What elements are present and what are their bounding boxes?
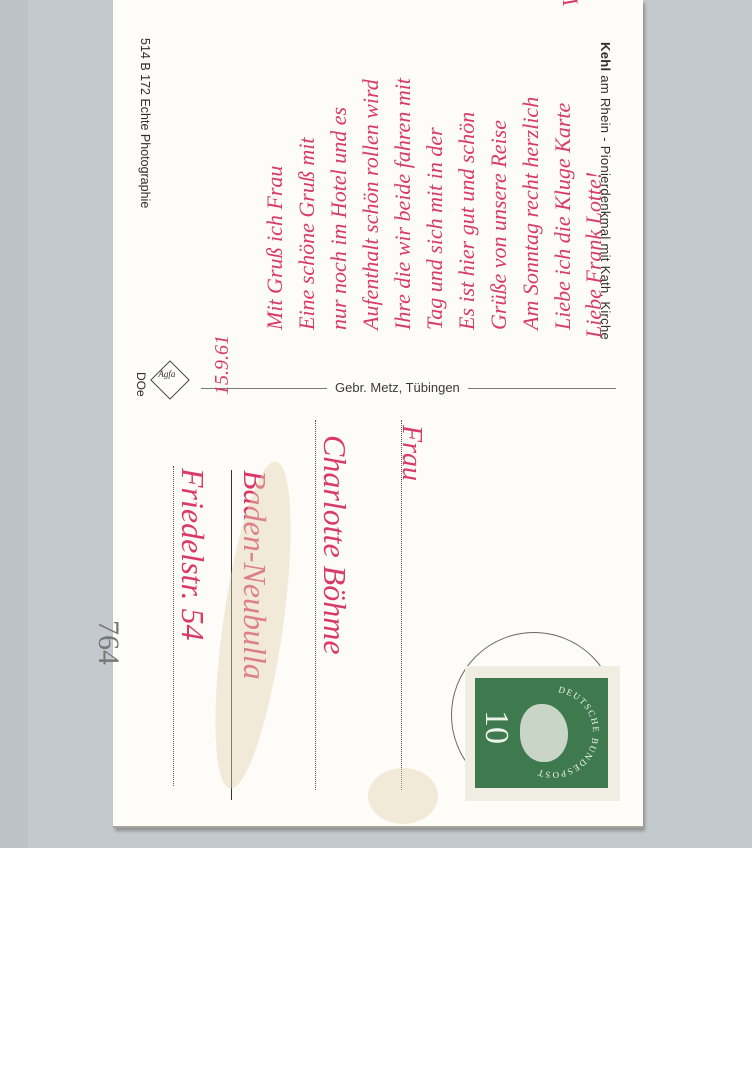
print-code: DOe xyxy=(134,372,148,397)
message-line: Tag und sich mit in der xyxy=(422,127,448,330)
message-line: Ihre die wir beide fahren mit xyxy=(390,78,416,330)
message-line: nur noch im Hotel und es xyxy=(326,107,352,330)
agfa-logo-text: Agfa xyxy=(158,369,175,379)
message-line: Es ist hier gut und schön xyxy=(454,112,480,330)
message-line: Am Sonntag recht herzlich xyxy=(518,97,544,330)
stain xyxy=(200,457,305,792)
message-line: Ihr Gruß xyxy=(557,0,583,6)
serial-number: 514 B 172 Echte Photographie xyxy=(138,38,152,208)
caption-town: Kehl xyxy=(598,42,613,71)
address-street: Friedelstr. 54 xyxy=(174,468,211,640)
publisher-name: Gebr. Metz, Tübingen xyxy=(327,380,468,395)
address-name: Charlotte Böhme xyxy=(316,435,353,655)
stain xyxy=(368,768,438,824)
postcard-back: Kehl am Rhein - Pionierdenkmal mit Kath.… xyxy=(113,0,643,828)
message-line: Liebe Frank Lotte! xyxy=(581,172,607,338)
message-date: 15.9.61 xyxy=(211,335,234,395)
message-line: Liebe ich die Kluge Karte xyxy=(550,103,576,330)
svg-text:DEUTSCHE BUNDESPOST: DEUTSCHE BUNDESPOST xyxy=(535,684,601,780)
message-line: Aufenthalt schön rollen wird xyxy=(358,79,384,330)
postage-stamp: 10 DEUTSCHE BUNDESPOST xyxy=(465,666,620,801)
address-salutation: Frau xyxy=(395,425,427,481)
stamp-legend-icon: DEUTSCHE BUNDESPOST xyxy=(505,684,601,780)
stamp-face: 10 DEUTSCHE BUNDESPOST xyxy=(475,678,608,788)
message-line: Mit Gruß ich Frau xyxy=(262,166,288,330)
pencil-note: 764 xyxy=(91,620,125,665)
scan-edge xyxy=(0,0,28,848)
agfa-logo-icon: Agfa xyxy=(150,360,190,400)
message-line: Grüße von unsere Reise xyxy=(486,120,512,330)
message-line: Eine schöne Gruß mit xyxy=(294,138,320,330)
